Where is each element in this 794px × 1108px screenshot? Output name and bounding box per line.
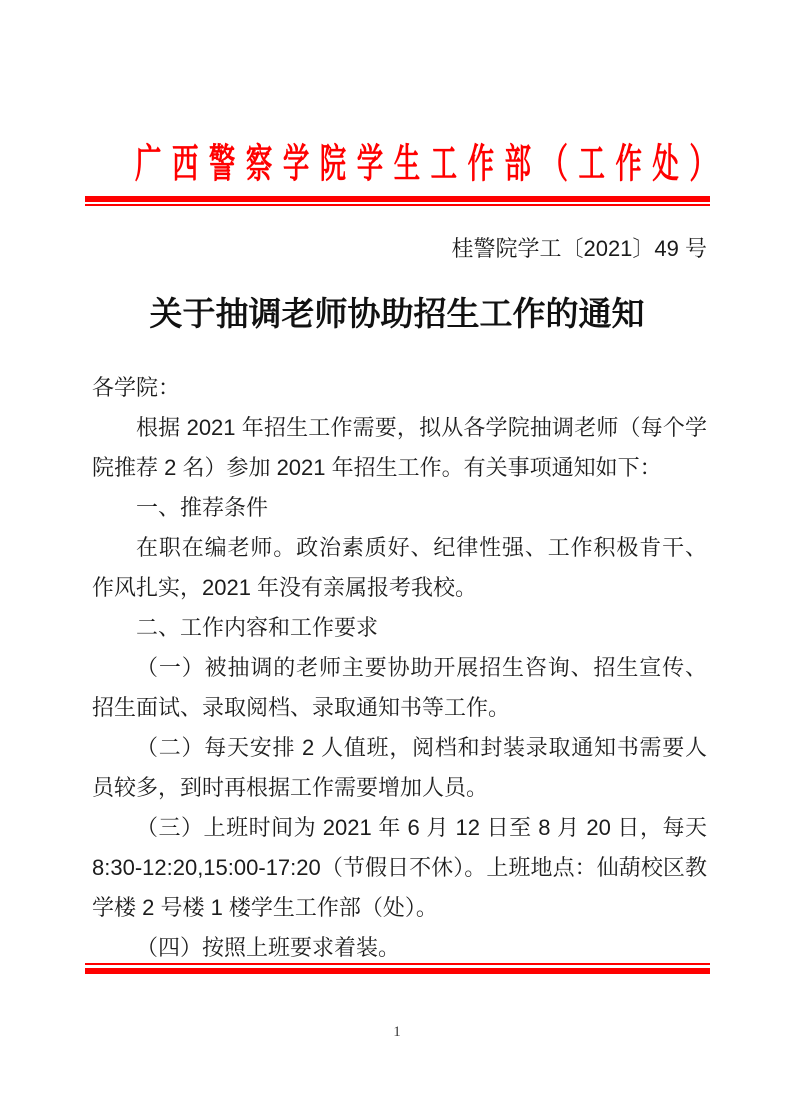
header-rule-thick [85,196,710,202]
salutation-line: 各学院： [92,368,707,408]
org-header-title: 广西警察学院学生工作部（工作处） [135,138,659,190]
paragraph-item-4: （四）按照上班要求着装。 [92,928,707,966]
document-title: 关于抽调老师协助招生工作的通知 [0,293,794,337]
section-heading-2: 二、工作内容和工作要求 [92,608,707,648]
section-heading-1: 一、推荐条件 [92,488,707,528]
paragraph-item-1: （一）被抽调的老师主要协助开展招生咨询、招生宣传、招生面试、录取阅档、录取通知书… [92,648,707,728]
footer-rule-thin [85,963,710,965]
paragraph-item-3: （三）上班时间为 2021 年 6 月 12 日至 8 月 20 日，每天 8:… [92,808,707,928]
document-number: 桂警院学工〔2021〕49 号 [451,234,707,264]
page-number: 1 [0,1022,794,1042]
header-rule-thin [85,204,710,206]
paragraph-conditions: 在职在编老师。政治素质好、纪律性强、工作积极肯干、作风扎实，2021 年没有亲属… [92,528,707,608]
footer-rule-thick [85,968,710,974]
document-body: 各学院： 根据 2021 年招生工作需要，拟从各学院抽调老师（每个学院推荐 2 … [92,368,707,966]
document-page: 广西警察学院学生工作部（工作处） 桂警院学工〔2021〕49 号 关于抽调老师协… [0,0,794,1108]
paragraph-item-2: （二）每天安排 2 人值班，阅档和封装录取通知书需要人员较多，到时再根据工作需要… [92,728,707,808]
intro-paragraph: 根据 2021 年招生工作需要，拟从各学院抽调老师（每个学院推荐 2 名）参加 … [92,408,707,488]
